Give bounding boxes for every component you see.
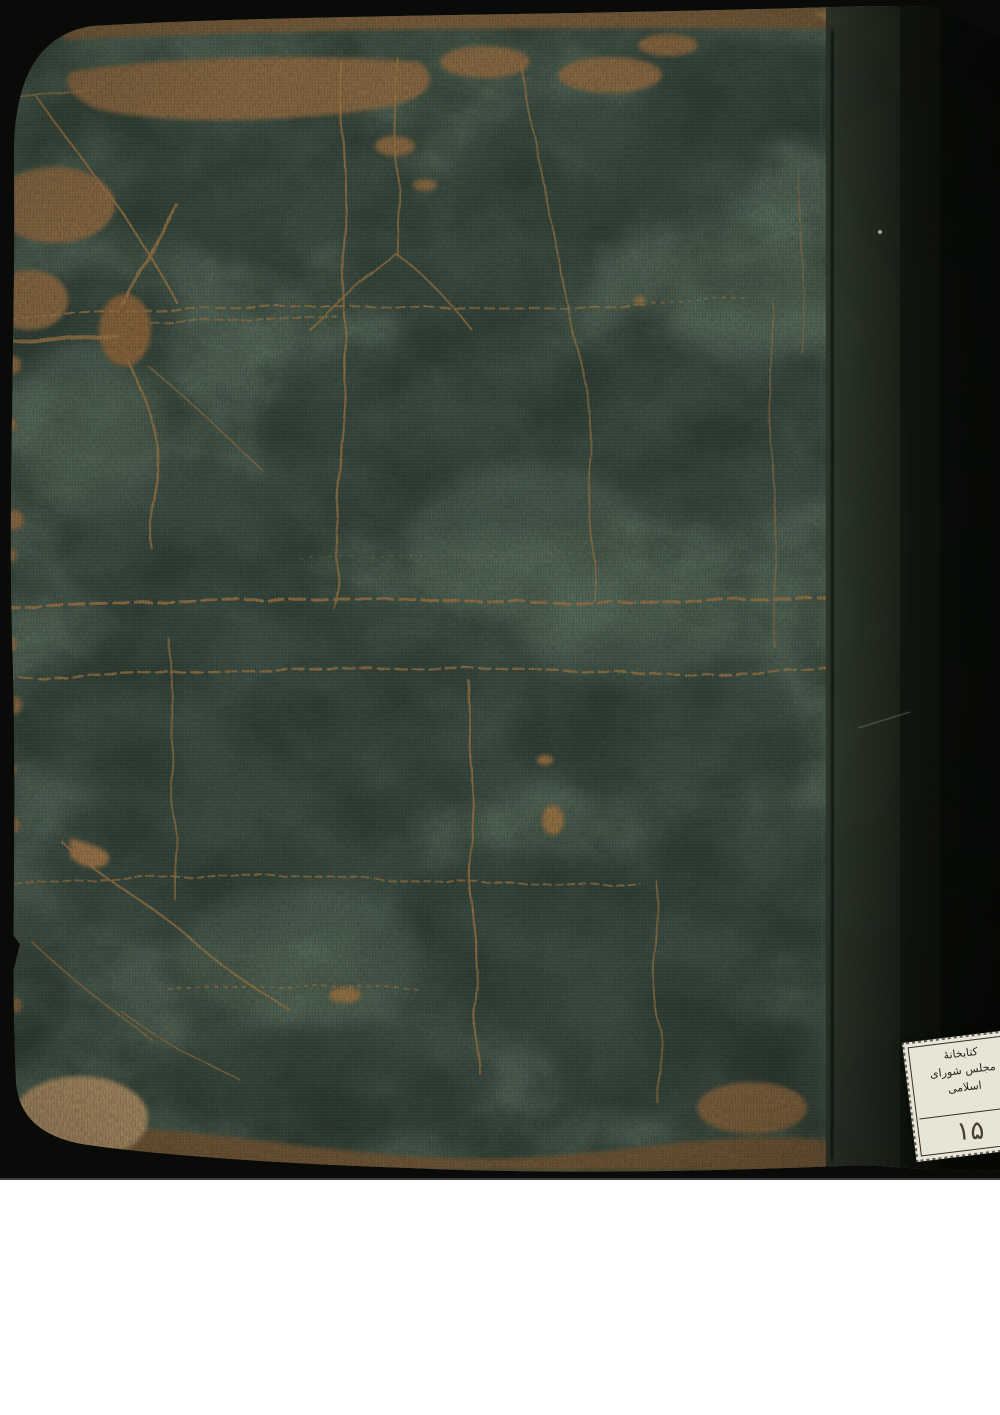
- book-cover-photo: کتابخانهٔ مجلس شورای اسلامی ۱۵: [0, 0, 1000, 1180]
- book-cover: [0, 0, 1000, 1180]
- label-text: کتابخانهٔ مجلس شورای اسلامی: [909, 1036, 1000, 1119]
- book-cover-illustration: [0, 0, 1000, 1180]
- label-shelf-number: ۱۵: [918, 1111, 1000, 1152]
- white-scan-margin: [0, 1180, 1000, 1415]
- library-stamp-label: کتابخانهٔ مجلس شورای اسلامی ۱۵: [902, 1029, 1000, 1162]
- label-inner-border: کتابخانهٔ مجلس شورای اسلامی ۱۵: [908, 1035, 1000, 1157]
- scanned-photo-page: کتابخانهٔ مجلس شورای اسلامی ۱۵: [0, 0, 1000, 1415]
